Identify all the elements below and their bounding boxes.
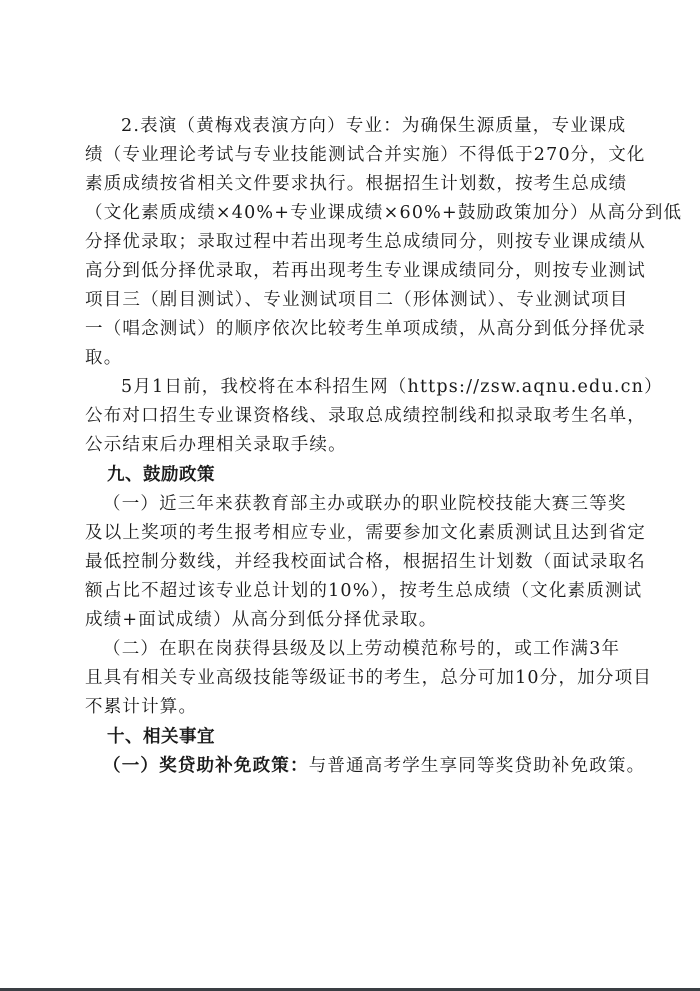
text-line: 额占比不超过该专业总计划的10%），按考生总成绩（文化素质测试: [85, 577, 619, 606]
text-line: 成绩+面试成绩）从高分到低分择优录取。: [85, 606, 619, 635]
financial-aid-text: 与普通高考学生享同等奖贷助补免政策。: [309, 756, 646, 776]
paragraph-performance-major: 2.表演（黄梅戏表演方向）专业：为确保生源质量，专业课成 绩（专业理论考试与专业…: [85, 112, 619, 373]
text-line: 最低控制分数线，并经我校面试合格，根据招生计划数（面试录取名: [85, 548, 619, 577]
document-page: 2.表演（黄梅戏表演方向）专业：为确保生源质量，专业课成 绩（专业理论考试与专业…: [0, 0, 700, 988]
text-line: （一）奖贷助补免政策：与普通高考学生享同等奖贷助补免政策。: [85, 752, 619, 781]
text-line: 素质成绩按省相关文件要求执行。根据招生计划数，按考生总成绩: [85, 170, 619, 199]
text-line: 分择优录取；录取过程中若出现考生总成绩同分，则按专业课成绩从: [85, 228, 619, 257]
document-content: 2.表演（黄梅戏表演方向）专业：为确保生源质量，专业课成 绩（专业理论考试与专业…: [85, 112, 619, 781]
text-line: 公示结束后办理相关录取手续。: [85, 431, 619, 460]
text-line: 5月1日前，我校将在本科招生网（https://zsw.aqnu.edu.cn）: [85, 373, 619, 402]
paragraph-financial-aid: （一）奖贷助补免政策：与普通高考学生享同等奖贷助补免政策。: [85, 752, 619, 781]
text-line: 绩（专业理论考试与专业技能测试合并实施）不得低于270分，文化: [85, 141, 619, 170]
text-line: 一（唱念测试）的顺序依次比较考生单项成绩，从高分到低分择优录: [85, 315, 619, 344]
text-line: 及以上奖项的考生报考相应专业，需要参加文化素质测试且达到省定: [85, 519, 619, 548]
section-heading-incentive-policy: 九、鼓励政策: [85, 460, 619, 490]
financial-aid-label: （一）奖贷助补免政策：: [103, 756, 309, 776]
paragraph-publication-notice: 5月1日前，我校将在本科招生网（https://zsw.aqnu.edu.cn）…: [85, 373, 619, 460]
text-line: 高分到低分择优录取，若再出现考生专业课成绩同分，则按专业测试: [85, 257, 619, 286]
text-line: （二）在职在岗获得县级及以上劳动模范称号的，或工作满3年: [85, 635, 619, 664]
text-line: （文化素质成绩×40%+专业课成绩×60%+鼓励政策加分）从高分到低: [85, 199, 619, 228]
text-line: （一）近三年来获教育部主办或联办的职业院校技能大赛三等奖: [85, 490, 619, 519]
text-line: 公布对口招生专业课资格线、录取总成绩控制线和拟录取考生名单，: [85, 402, 619, 431]
paragraph-incentive-2: （二）在职在岗获得县级及以上劳动模范称号的，或工作满3年 且具有相关专业高级技能…: [85, 635, 619, 722]
text-line: 取。: [85, 344, 619, 373]
text-line: 且具有相关专业高级技能等级证书的考生，总分可加10分，加分项目: [85, 664, 619, 693]
section-heading-related-matters: 十、相关事宜: [85, 722, 619, 752]
text-line: 不累计计算。: [85, 693, 619, 722]
text-line: 项目三（剧目测试）、专业测试项目二（形体测试）、专业测试项目: [85, 286, 619, 315]
text-line: 2.表演（黄梅戏表演方向）专业：为确保生源质量，专业课成: [85, 112, 619, 141]
paragraph-incentive-1: （一）近三年来获教育部主办或联办的职业院校技能大赛三等奖 及以上奖项的考生报考相…: [85, 490, 619, 635]
